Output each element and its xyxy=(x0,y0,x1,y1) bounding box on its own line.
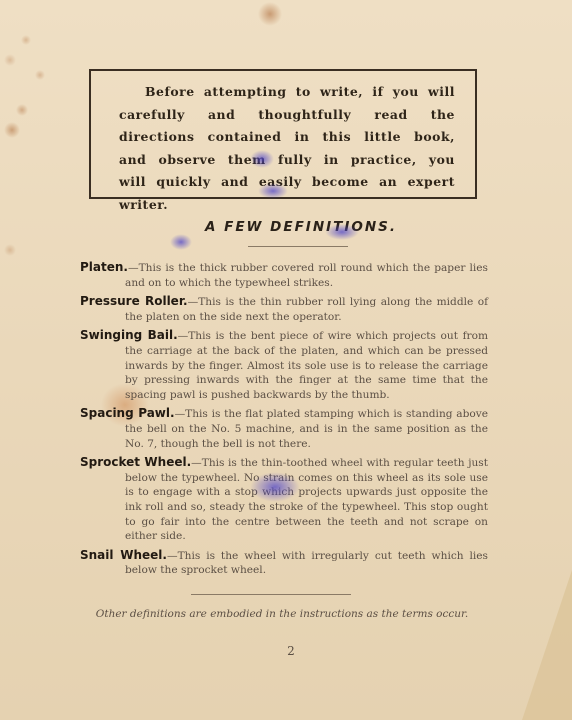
footer-note: Other definitions are embodied in the in… xyxy=(82,605,482,623)
definition-term: Platen. xyxy=(80,260,128,274)
book-page: Before attempting to write, if you will … xyxy=(0,0,572,720)
notice-text: Before attempting to write, if you will … xyxy=(119,81,455,217)
heading-divider xyxy=(248,246,348,247)
definition-term: Spacing Pawl. xyxy=(80,406,175,420)
definition-description: —This is the wheel with irregularly cut … xyxy=(125,550,488,577)
definition-swinging-bail: Swinging Bail.—This is the bent piece of… xyxy=(80,328,488,402)
definition-description: —This is the thin-toothed wheel with reg… xyxy=(125,457,488,542)
ink-stain xyxy=(250,472,300,502)
page-number: 2 xyxy=(0,644,572,658)
section-heading: A FEW DEFINITIONS. xyxy=(0,219,572,235)
definition-description: —This is the flat plated stamping which … xyxy=(125,408,488,449)
definition-term: Snail Wheel. xyxy=(80,548,167,562)
ink-stain xyxy=(250,150,274,168)
ink-stain xyxy=(325,224,359,240)
definition-term: Sprocket Wheel. xyxy=(80,455,191,469)
definitions-list: Platen.—This is the thick rubber covered… xyxy=(80,260,488,582)
ink-stain xyxy=(258,183,288,199)
definition-term: Swinging Bail. xyxy=(80,328,178,342)
definition-description: —This is the bent piece of wire which pr… xyxy=(125,330,488,400)
definition-platen: Platen.—This is the thick rubber covered… xyxy=(80,260,488,290)
notice-box: Before attempting to write, if you will … xyxy=(89,69,477,199)
definition-description: —This is the thick rubber covered roll r… xyxy=(125,262,488,289)
ink-stain xyxy=(170,234,192,250)
definition-snail-wheel: Snail Wheel.—This is the wheel with irre… xyxy=(80,548,488,578)
definition-term: Pressure Roller. xyxy=(80,294,188,308)
footer-divider xyxy=(191,594,351,595)
definition-spacing-pawl: Spacing Pawl.—This is the flat plated st… xyxy=(80,406,488,451)
definition-pressure-roller: Pressure Roller.—This is the thin rubber… xyxy=(80,294,488,324)
